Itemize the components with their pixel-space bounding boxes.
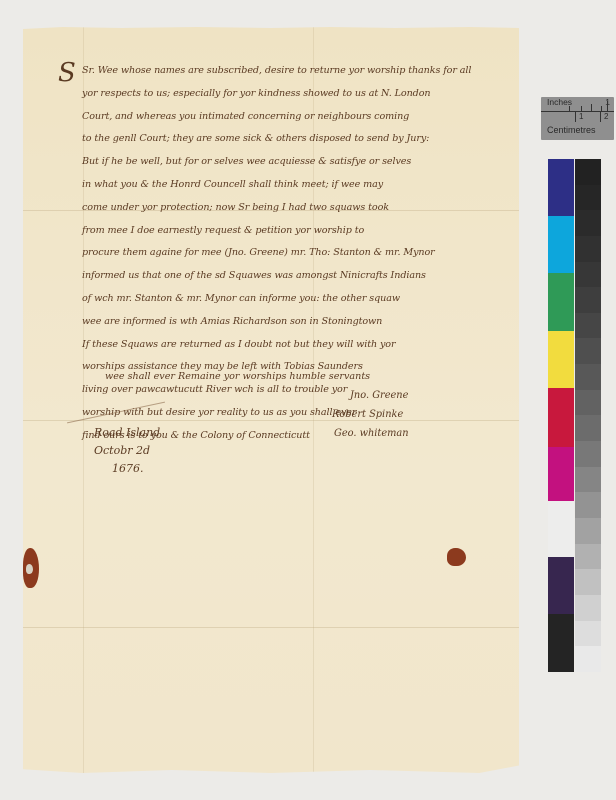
color-patch-yellow bbox=[548, 331, 574, 388]
letter-line: Sr. Wee whose names are subscribed, desi… bbox=[82, 60, 522, 83]
place-date: Road Island Octobr 2d 1676. bbox=[94, 424, 160, 478]
letter-body: Sr. Wee whose names are subscribed, desi… bbox=[82, 60, 522, 448]
place: Road Island bbox=[94, 424, 160, 442]
gray-patch bbox=[575, 492, 601, 518]
cm-mark: 2 bbox=[604, 112, 608, 121]
color-calibration-chart bbox=[548, 159, 602, 672]
gray-patch bbox=[575, 518, 601, 544]
letter-line: informed us that one of the sd Squawes w… bbox=[82, 265, 522, 288]
letter-line: from mee I doe earnestly request & petit… bbox=[82, 220, 522, 243]
color-patch-white bbox=[548, 501, 574, 557]
color-patch-purple bbox=[548, 557, 574, 614]
centimetres-label: Centimetres bbox=[547, 125, 596, 135]
cm-tick bbox=[575, 112, 576, 122]
seal-gap bbox=[26, 564, 33, 574]
gray-patch bbox=[575, 236, 601, 262]
color-patches bbox=[548, 159, 574, 672]
gray-patch bbox=[575, 287, 601, 313]
gray-patch bbox=[575, 390, 601, 416]
signature: Robert Spinke bbox=[332, 405, 409, 424]
letter-line: of wch mr. Stanton & mr. Mynor can infor… bbox=[82, 288, 522, 311]
cm-tick bbox=[600, 112, 601, 122]
gray-patch bbox=[575, 544, 601, 570]
letter-line: come under yor protection; now Sr being … bbox=[82, 197, 522, 220]
initial-letter: S bbox=[58, 58, 76, 88]
scale-bar: Inches 1 1 2 Centimetres bbox=[541, 97, 614, 140]
cm-mark: 1 bbox=[579, 112, 583, 121]
year: 1676. bbox=[112, 460, 160, 478]
closing-line: wee shall ever Remaine yor worships humb… bbox=[105, 371, 370, 382]
letter-line: But if he be well, but for or selves wee… bbox=[82, 151, 522, 174]
fold-line bbox=[23, 627, 519, 628]
gray-patch bbox=[575, 441, 601, 467]
letter-line: If these Squaws are returned as I doubt … bbox=[82, 334, 522, 357]
gray-patch bbox=[575, 210, 601, 236]
gray-patch bbox=[575, 313, 601, 339]
signature: Geo. whiteman bbox=[334, 424, 409, 443]
color-patch-red bbox=[548, 388, 574, 447]
letter-line: procure them againe for mee (Jno. Greene… bbox=[82, 242, 522, 265]
signatures: Jno. Greene Robert Spinke Geo. whiteman bbox=[320, 386, 409, 443]
letter-line: wee are informed is wth Amias Richardson… bbox=[82, 311, 522, 334]
wax-seal-remnant-right bbox=[447, 548, 466, 566]
letter-line: living over pawcawtucutt River wch is al… bbox=[82, 379, 522, 402]
gray-patch bbox=[575, 595, 601, 621]
letter-line: to the genll Court; they are some sick &… bbox=[82, 128, 522, 151]
gray-patch bbox=[575, 364, 601, 390]
gray-patch bbox=[575, 262, 601, 288]
gray-patch bbox=[575, 185, 601, 211]
color-patch-blue bbox=[548, 159, 574, 216]
gray-patch bbox=[575, 621, 601, 647]
signature: Jno. Greene bbox=[350, 386, 409, 405]
gray-patch bbox=[575, 569, 601, 595]
date: Octobr 2d bbox=[94, 442, 160, 460]
letter-line: in what you & the Honrd Councell shall t… bbox=[82, 174, 522, 197]
inch-ruler: Inches 1 bbox=[541, 97, 614, 112]
letter-line: yor respects to us; especially for yor k… bbox=[82, 83, 522, 106]
letter-line: Court, and whereas you intimated concern… bbox=[82, 106, 522, 129]
gray-patch bbox=[575, 338, 601, 364]
gray-scale-patches bbox=[575, 159, 601, 672]
gray-patch bbox=[575, 467, 601, 493]
color-patch-cyan bbox=[548, 216, 574, 273]
gray-patch bbox=[575, 159, 601, 185]
gray-patch bbox=[575, 415, 601, 441]
gray-patch bbox=[575, 646, 601, 672]
color-patch-green bbox=[548, 273, 574, 331]
color-patch-magenta bbox=[548, 447, 574, 501]
color-patch-black bbox=[548, 614, 574, 672]
